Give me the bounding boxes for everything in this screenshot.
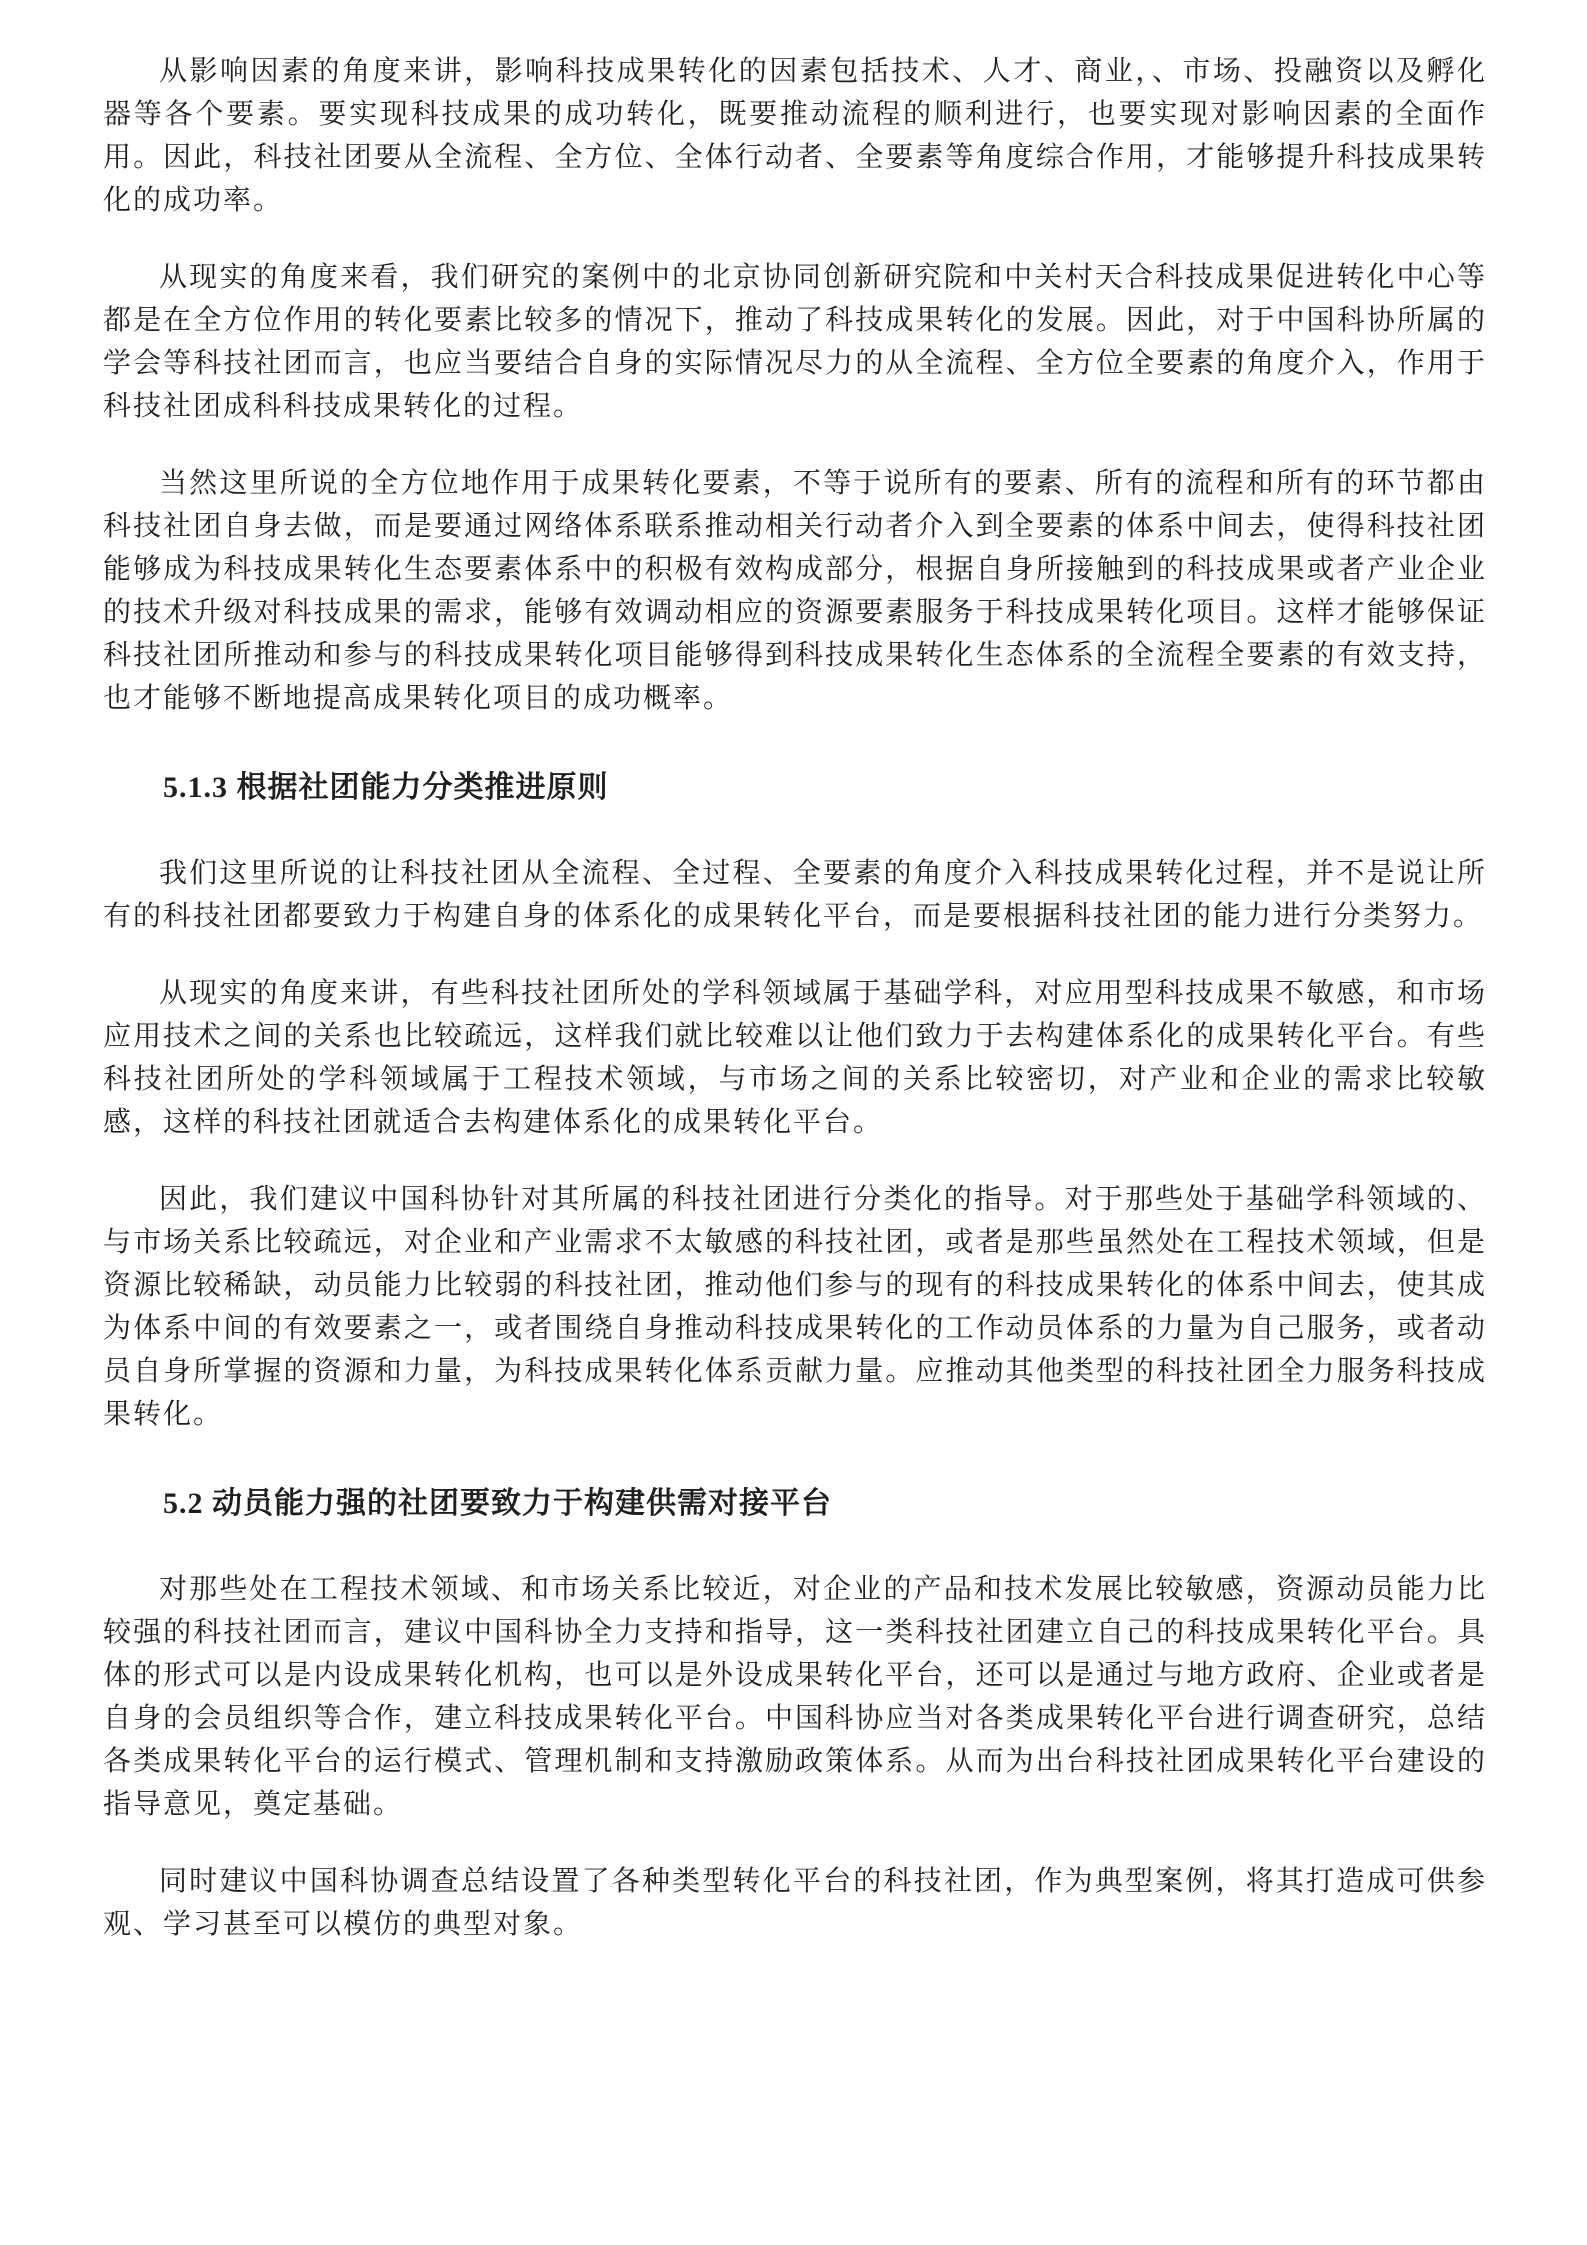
section-heading-5-2: 5.2 动员能力强的社团要致力于构建供需对接平台 xyxy=(103,1482,1487,1526)
body-paragraph-reality-cases: 从现实的角度来看，我们研究的案例中的北京协同创新研究院和中关村天合科技成果促进转… xyxy=(103,256,1487,428)
body-paragraph-ecosystem-role: 当然这里所说的全方位地作用于成果转化要素，不等于说所有的要素、所有的流程和所有的… xyxy=(103,462,1487,720)
body-paragraph-classification-intro: 我们这里所说的让科技社团从全流程、全过程、全要素的角度介入科技成果转化过程，并不… xyxy=(103,852,1487,938)
body-paragraph-influence-factors: 从影响因素的角度来讲，影响科技成果转化的因素包括技术、人才、商业，、市场、投融资… xyxy=(103,50,1487,222)
body-paragraph-csast-guidance: 因此，我们建议中国科协针对其所属的科技社团进行分类化的指导。对于那些处于基础学科… xyxy=(103,1178,1487,1436)
body-paragraph-discipline-types: 从现实的角度来讲，有些科技社团所处的学科领域属于基础学科，对应用型科技成果不敏感… xyxy=(103,972,1487,1144)
body-paragraph-platform-building: 对那些处在工程技术领域、和市场关系比较近，对企业的产品和技术发展比较敏感，资源动… xyxy=(103,1568,1487,1826)
section-heading-5-1-3: 5.1.3 根据社团能力分类推进原则 xyxy=(103,766,1487,810)
document-page: 从影响因素的角度来讲，影响科技成果转化的因素包括技术、人才、商业，、市场、投融资… xyxy=(0,0,1587,2245)
body-paragraph-typical-examples: 同时建议中国科协调查总结设置了各种类型转化平台的科技社团，作为典型案例，将其打造… xyxy=(103,1860,1487,1946)
